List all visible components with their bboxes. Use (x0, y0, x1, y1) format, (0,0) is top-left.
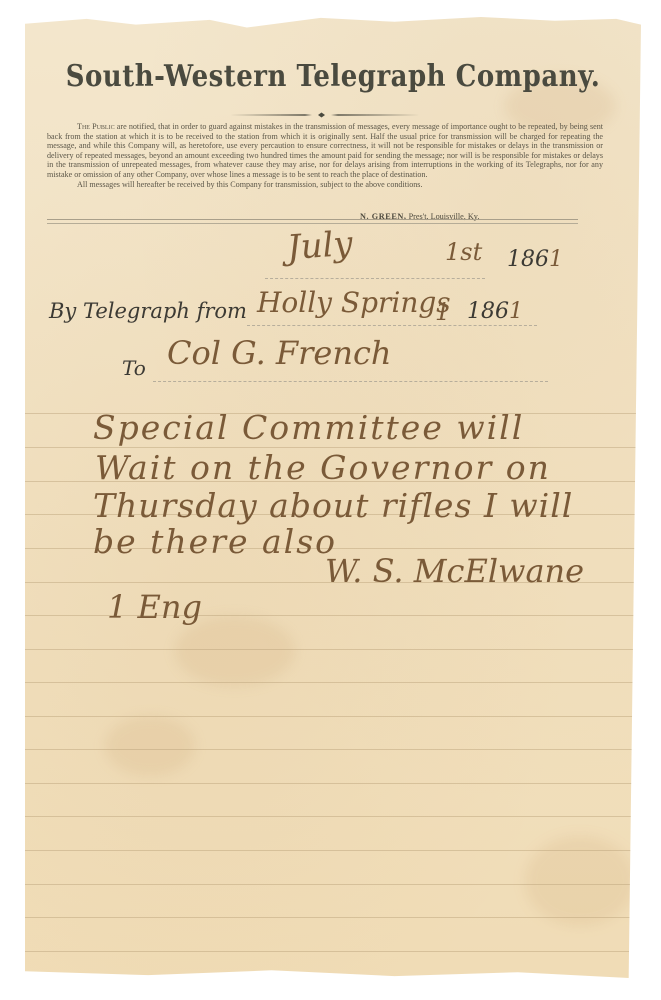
message-note: 1 Eng (107, 588, 202, 626)
from-place-handwritten: Holly Springs (257, 286, 451, 319)
title-ornament-icon (230, 112, 420, 118)
message-line-4: be there also (93, 522, 337, 561)
date-month-handwritten: July (286, 224, 354, 268)
telegram-paper: South-Western Telegraph Company. The Pub… (25, 16, 641, 978)
from-year: 1861 (467, 298, 523, 324)
paper-stain (105, 716, 195, 776)
from-day-handwritten: 1 (435, 298, 450, 326)
sender-signature: W. S. McElwane (325, 552, 584, 590)
terms-notice: The Public are notified, that in order t… (47, 122, 603, 189)
date-dotted-line (265, 278, 485, 279)
message-line-2: Wait on the Governor on (95, 448, 551, 487)
from-dotted-line (247, 325, 537, 326)
company-title: South-Western Telegraph Company. (25, 60, 641, 95)
date-year: 1861 (507, 246, 563, 272)
message-line-3: Thursday about rifles I will (93, 486, 573, 525)
to-dotted-line (153, 381, 548, 382)
message-line-1: Special Committee will (93, 408, 524, 447)
notice-lead: The Public (77, 122, 115, 131)
notice-body: are notified, that in order to guard aga… (47, 122, 603, 179)
date-day-handwritten: 1st (445, 238, 482, 266)
header-divider (47, 219, 578, 224)
paper-stain (175, 616, 295, 686)
notice-footer: All messages will hereafter be received … (47, 180, 603, 190)
recipient-handwritten: Col G. French (167, 334, 392, 372)
from-label: By Telegraph from (49, 299, 247, 323)
to-label: To (122, 356, 146, 380)
